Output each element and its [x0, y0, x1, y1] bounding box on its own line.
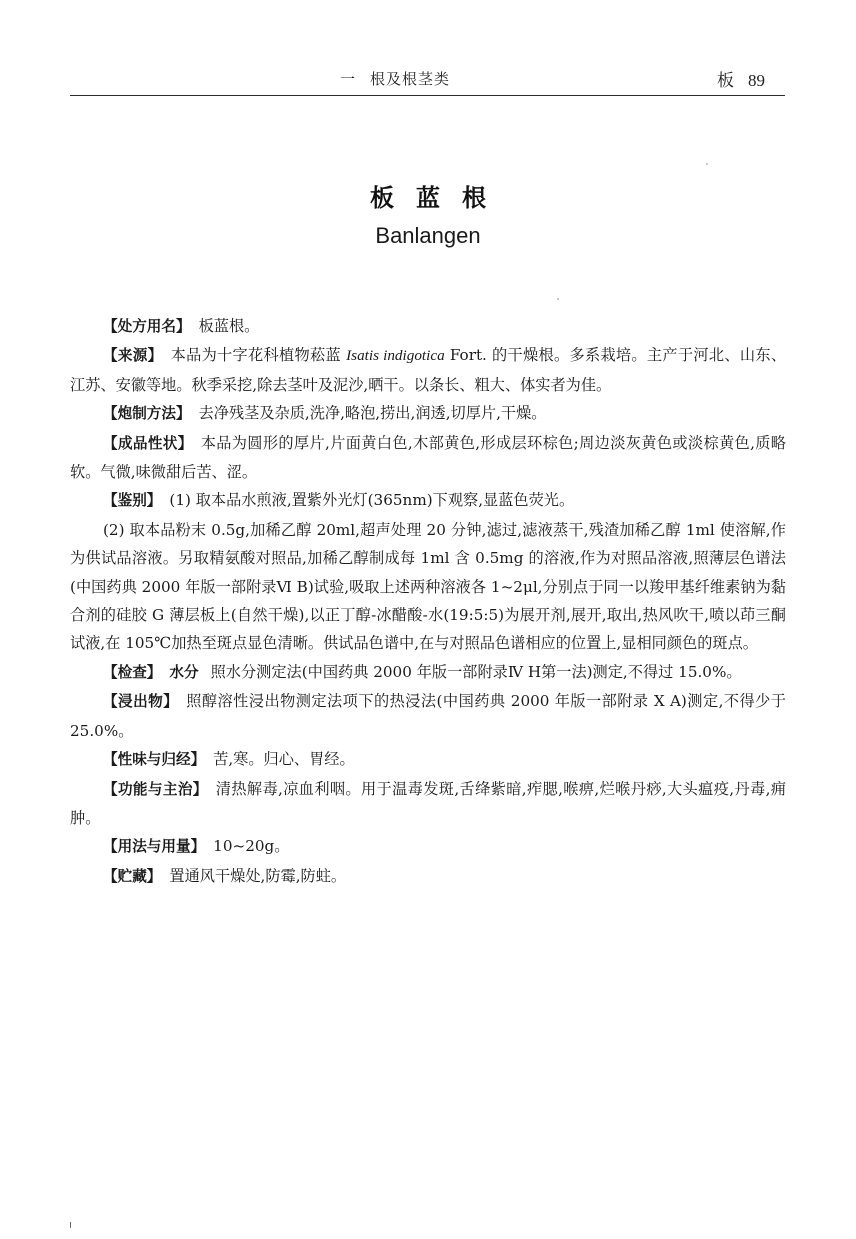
section-label: 【检查】	[103, 664, 161, 681]
section-sublabel: 水分	[169, 664, 198, 681]
section-source: 【来源】本品为十字花科植物菘蓝 Isatis indigotica Fort. …	[70, 341, 786, 399]
title-pinyin: Banlangen	[0, 223, 856, 249]
section-text: 10~20g。	[213, 837, 289, 855]
section-text: 板蓝根。	[199, 317, 260, 335]
section-text: 去净残茎及杂质,洗净,略泡,捞出,润透,切厚片,干燥。	[199, 404, 547, 422]
running-head-chapter: 一根及根茎类	[340, 68, 450, 89]
section-label: 【鉴别】	[103, 492, 161, 509]
section-identification: 【鉴别】(1) 取本品水煎液,置紫外光灯(365nm)下观察,显蓝色荧光。	[70, 486, 786, 515]
section-prescription-name: 【处方用名】板蓝根。	[70, 312, 786, 341]
section-extract: 【浸出物】照醇溶性浸出物测定法项下的热浸法(中国药典 2000 年版一部附录 X…	[70, 687, 786, 745]
section-label: 【用法与用量】	[103, 838, 205, 855]
running-head-page: 板89	[717, 66, 765, 91]
chapter-dash: 一	[340, 70, 356, 88]
header-rule	[70, 95, 785, 96]
section-label: 【来源】	[103, 347, 163, 364]
section-label: 【炮制方法】	[103, 405, 191, 422]
chapter-title: 根及根茎类	[370, 70, 450, 88]
section-usage-dosage: 【用法与用量】10~20g。	[70, 832, 786, 861]
section-text: 照水分测定法(中国药典 2000 年版一部附录Ⅳ H第一法)测定,不得过 15.…	[211, 663, 742, 681]
page-number: 89	[748, 71, 765, 90]
section-storage: 【贮藏】置通风干燥处,防霉,防蛀。	[70, 862, 786, 891]
section-text: (2) 取本品粉末 0.5g,加稀乙醇 20ml,超声处理 20 分钟,滤过,滤…	[70, 521, 786, 653]
section-text: 苦,寒。归心、胃经。	[213, 750, 355, 768]
section-label: 【浸出物】	[103, 693, 178, 710]
section-label: 【功能与主治】	[103, 781, 208, 798]
scan-speck	[706, 163, 708, 165]
section-label: 【处方用名】	[103, 318, 191, 335]
section-label: 【性味与归经】	[103, 751, 205, 768]
section-description: 【成品性状】本品为圆形的厚片,片面黄白色,木部黄色,形成层环棕色;周边淡灰黄色或…	[70, 429, 786, 487]
scan-speck	[70, 1222, 71, 1228]
section-text: 本品为十字花科植物菘蓝	[171, 346, 347, 364]
section-processing: 【炮制方法】去净残茎及杂质,洗净,略泡,捞出,润透,切厚片,干燥。	[70, 399, 786, 428]
section-nature-meridian: 【性味与归经】苦,寒。归心、胃经。	[70, 745, 786, 774]
page-header: 一根及根茎类 板89	[70, 66, 785, 94]
section-label: 【贮藏】	[103, 868, 161, 885]
section-identification-2: (2) 取本品粉末 0.5g,加稀乙醇 20ml,超声处理 20 分钟,滤过,滤…	[70, 516, 786, 658]
title-chinese: 板蓝根	[0, 183, 856, 213]
section-label: 【成品性状】	[103, 435, 193, 452]
entry-body: 【处方用名】板蓝根。 【来源】本品为十字花科植物菘蓝 Isatis indigo…	[70, 312, 786, 891]
section-text: 置通风干燥处,防霉,防蛀。	[169, 867, 346, 885]
latin-species-name: Isatis indigotica	[346, 347, 445, 364]
section-text: (1) 取本品水煎液,置紫外光灯(365nm)下观察,显蓝色荧光。	[169, 491, 574, 509]
section-functions-indications: 【功能与主治】清热解毒,凉血利咽。用于温毒发斑,舌绛紫暗,痄腮,喉痹,烂喉丹痧,…	[70, 775, 786, 833]
entry-title: 板蓝根 Banlangen	[0, 183, 856, 249]
scan-speck	[557, 298, 559, 300]
section-char: 板	[717, 71, 734, 91]
section-inspection: 【检查】水分照水分测定法(中国药典 2000 年版一部附录Ⅳ H第一法)测定,不…	[70, 658, 786, 687]
